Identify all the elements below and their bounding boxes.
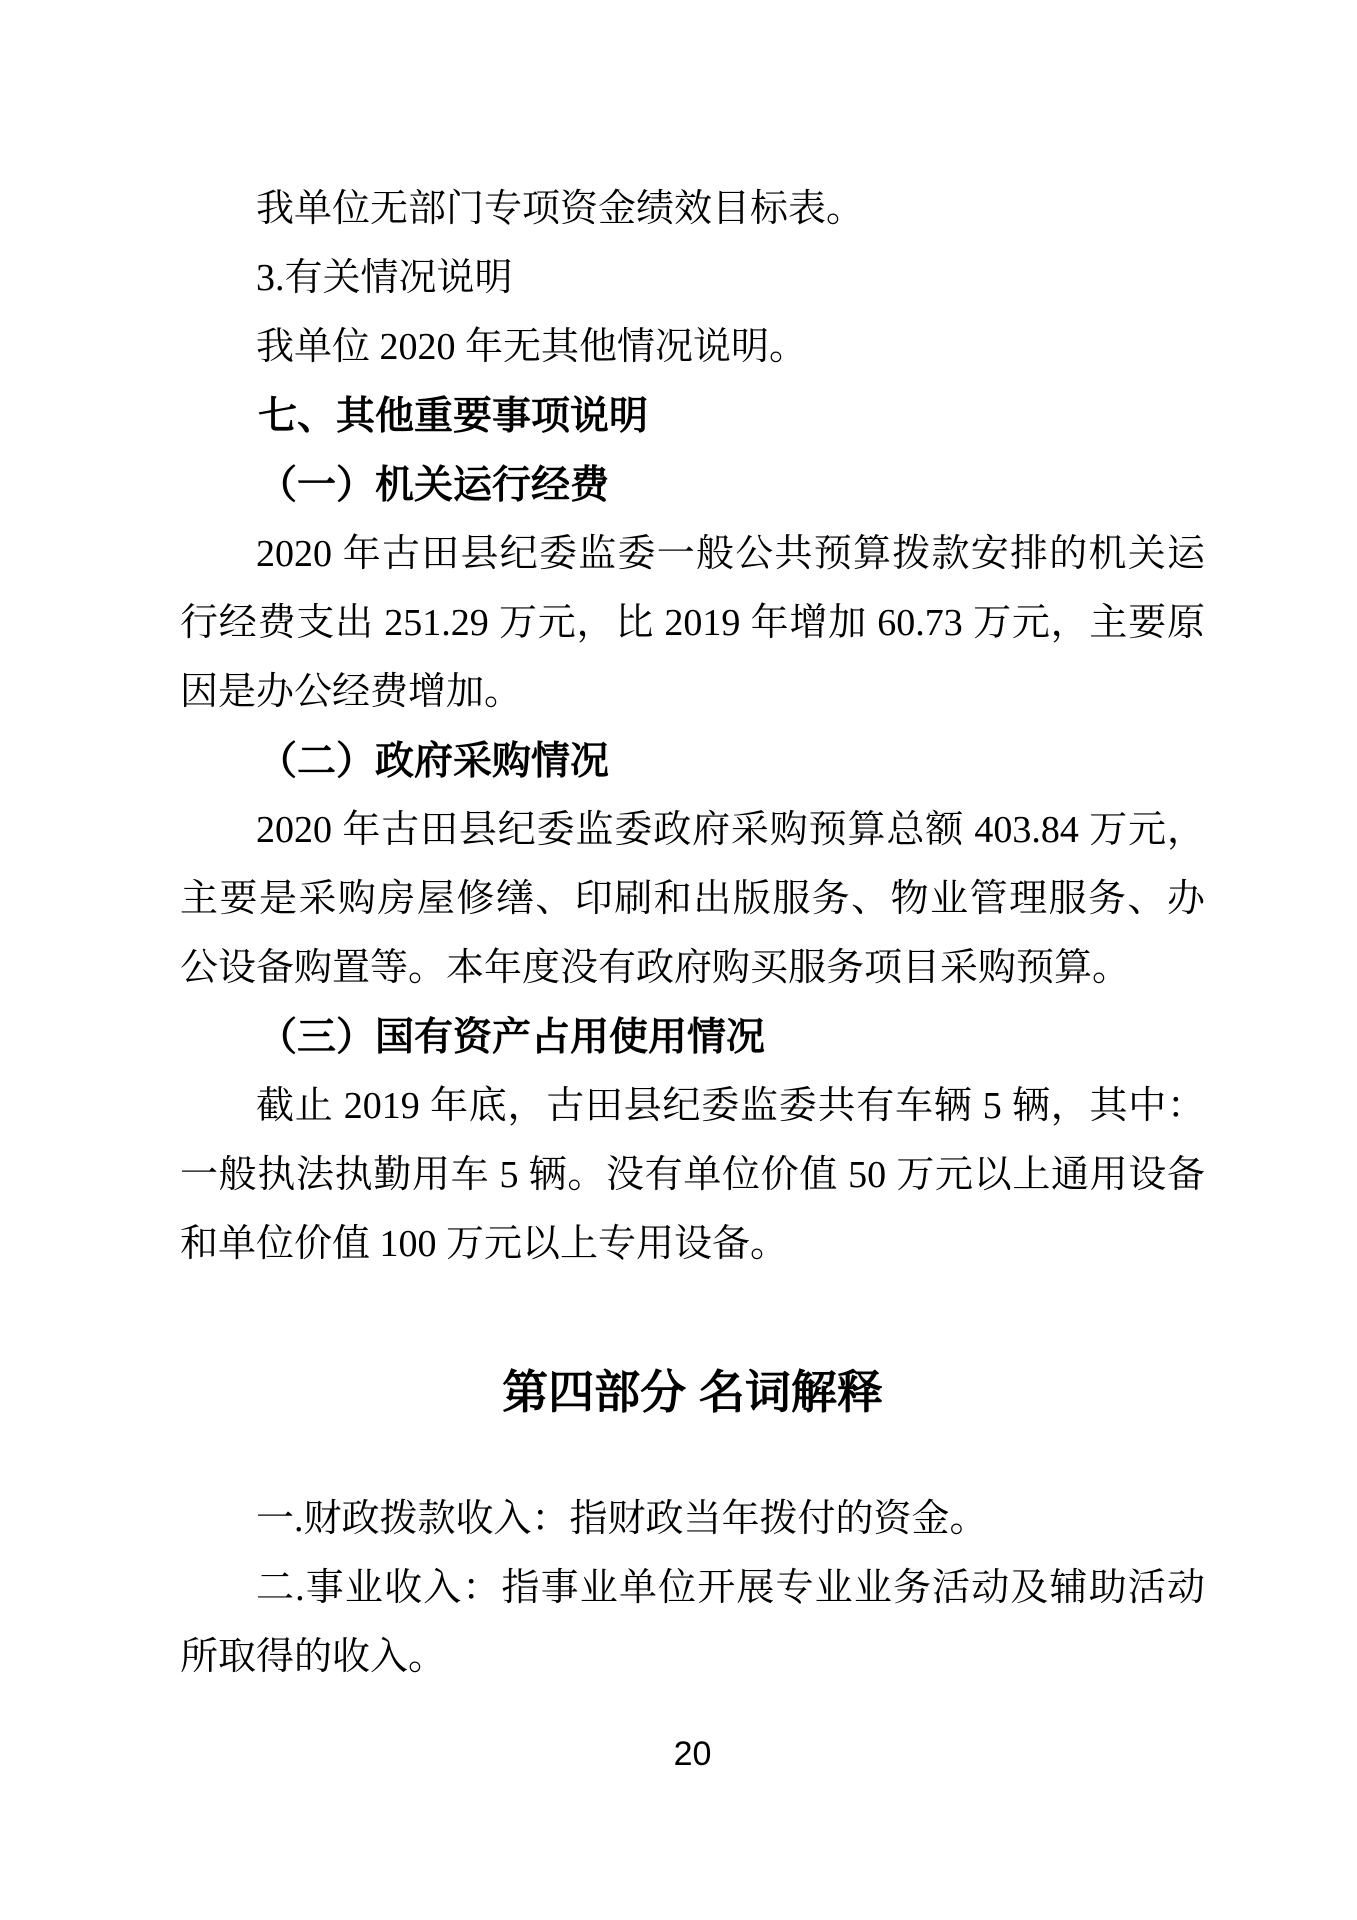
paragraph-procurement: 2020 年古田县纪委监委政府采购预算总额 403.84 万元，主要是采购房屋修… [180, 796, 1205, 1003]
paragraph-item3-heading: 3.有关情况说明 [180, 244, 1205, 313]
document-content: 我单位无部门专项资金绩效目标表。 3.有关情况说明 我单位 2020 年无其他情… [0, 0, 1357, 1774]
paragraph-term-business-income: 二.事业收入：指事业单位开展专业业务活动及辅助活动所取得的收入。 [180, 1554, 1205, 1692]
part-title-glossary: 第四部分 名词解释 [180, 1357, 1205, 1427]
subsection-heading-2: （二）政府采购情况 [180, 727, 1205, 796]
subsection-heading-1: （一）机关运行经费 [180, 451, 1205, 520]
section-heading-7: 七、其他重要事项说明 [180, 382, 1205, 451]
paragraph-operating-expenses: 2020 年古田县纪委监委一般公共预算拨款安排的机关运行经费支出 251.29 … [180, 520, 1205, 727]
paragraph-no-performance-table: 我单位无部门专项资金绩效目标表。 [180, 175, 1205, 244]
page-number: 20 [180, 1734, 1205, 1774]
document-page: 我单位无部门专项资金绩效目标表。 3.有关情况说明 我单位 2020 年无其他情… [0, 0, 1357, 1920]
subsection-heading-3: （三）国有资产占用使用情况 [180, 1003, 1205, 1072]
paragraph-state-assets: 截止 2019 年底，古田县纪委监委共有车辆 5 辆，其中：一般执法执勤用车 5… [180, 1072, 1205, 1279]
paragraph-term-fiscal-income: 一.财政拨款收入：指财政当年拨付的资金。 [180, 1485, 1205, 1554]
paragraph-no-other-notes: 我单位 2020 年无其他情况说明。 [180, 313, 1205, 382]
